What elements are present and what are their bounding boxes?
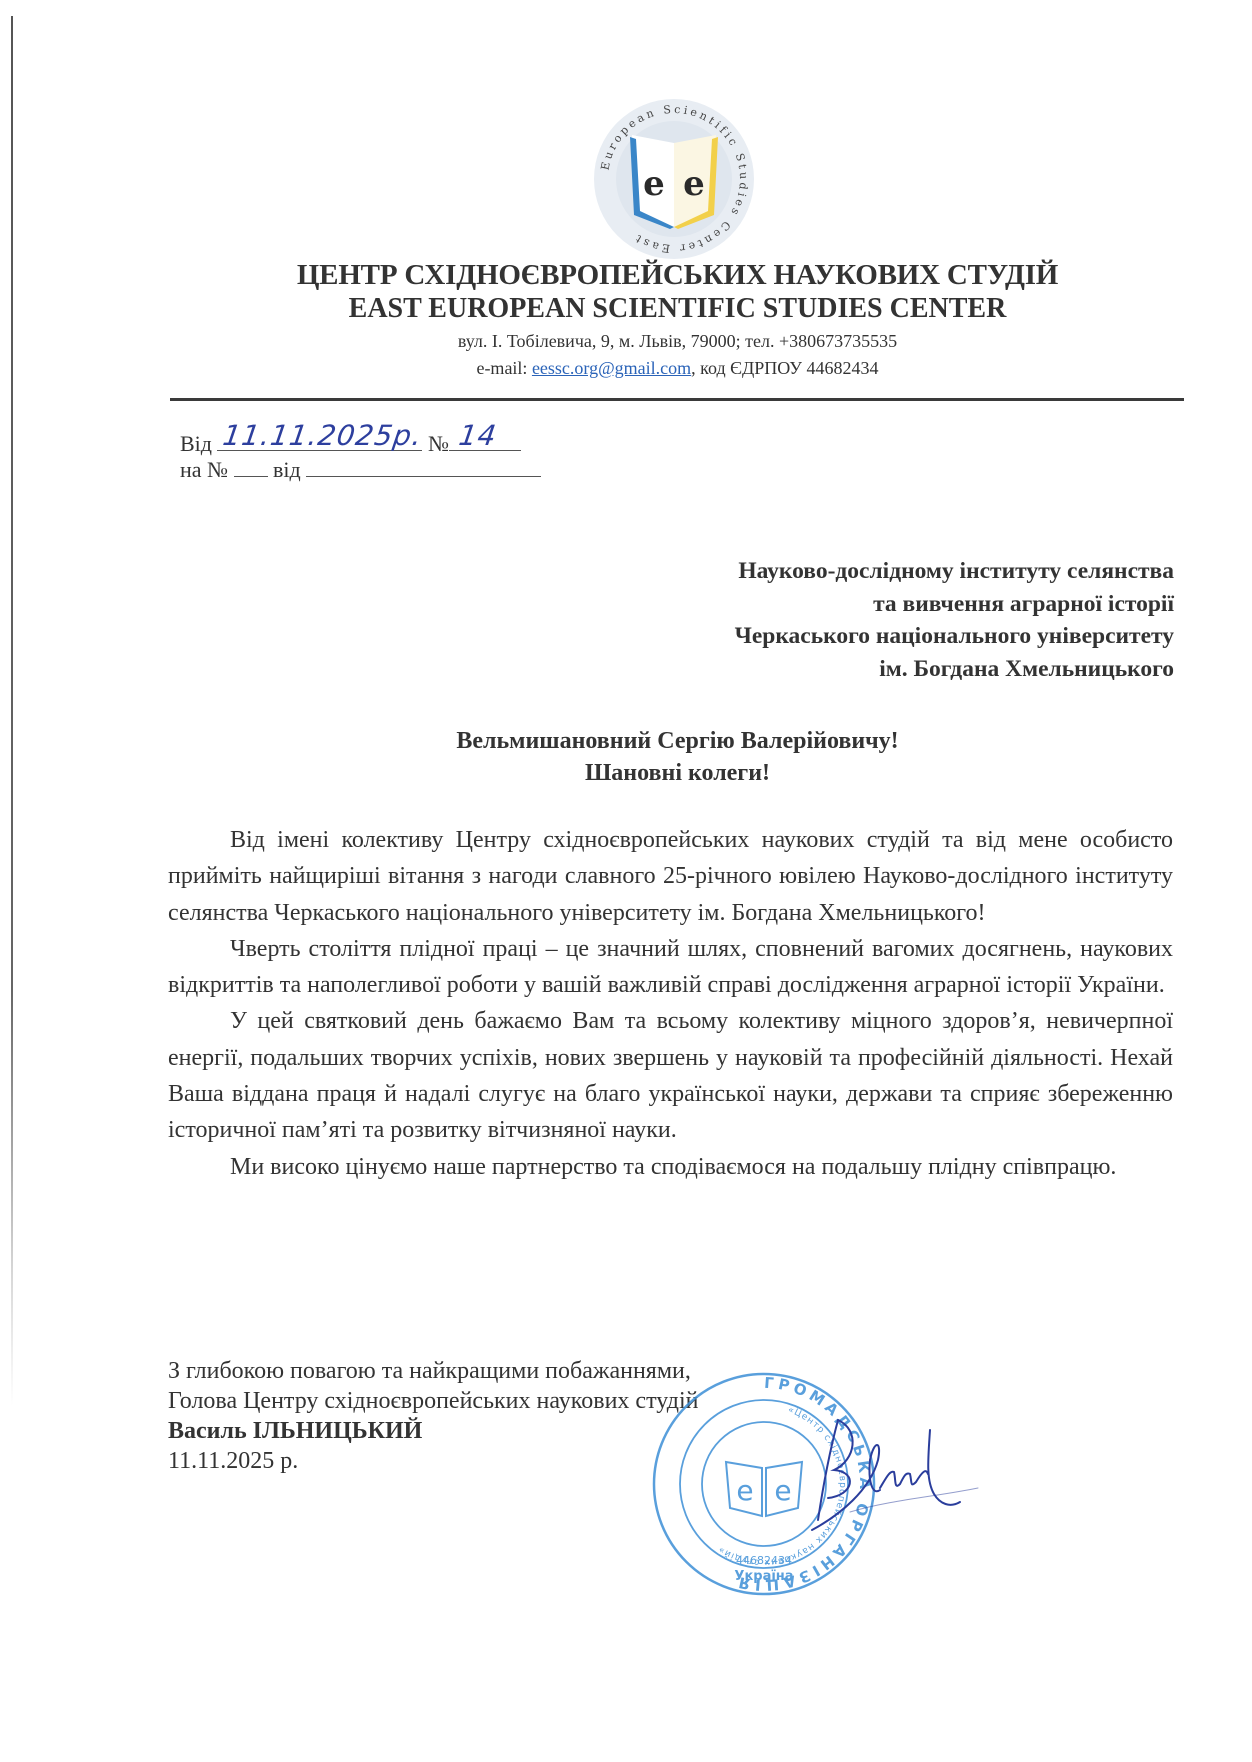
letterhead: ЦЕНТР СХІДНОЄВРОПЕЙСЬКИХ НАУКОВИХ СТУДІЙ…	[170, 258, 1185, 380]
email-link[interactable]: eessc.org@gmail.com	[532, 358, 691, 378]
reference-row-reply: на № від	[180, 456, 541, 482]
edrpou-code: , код ЄДРПОУ 44682434	[691, 358, 878, 378]
number-label: №	[428, 431, 449, 456]
body-paragraph: Чверть століття плідної праці – це значн…	[168, 931, 1173, 1004]
svg-text:e: e	[774, 1474, 791, 1507]
org-address: вул. І. Тобілевича, 9, м. Львів, 79000; …	[170, 329, 1185, 353]
reply-date-field	[306, 456, 541, 477]
handwritten-signature-icon	[810, 1400, 980, 1540]
outgoing-reference: Від 11.11.2025р. № 14 на № від	[180, 430, 541, 482]
date-field: 11.11.2025р.	[217, 430, 422, 451]
svg-text:e: e	[736, 1474, 753, 1507]
handwritten-number: 14	[457, 423, 498, 449]
body-paragraph: Від імені колективу Центру східноєвропей…	[168, 822, 1173, 931]
org-contacts: e-mail: eessc.org@gmail.com, код ЄДРПОУ …	[170, 356, 1185, 380]
reference-row-outgoing: Від 11.11.2025р. № 14	[180, 430, 541, 456]
handwritten-date: 11.11.2025р.	[222, 423, 425, 449]
svg-text:44682434: 44682434	[736, 1554, 792, 1567]
recipient-line: Черкаського національного університету	[735, 620, 1174, 653]
scan-edge-line	[11, 16, 13, 1406]
email-label: e-mail:	[476, 358, 531, 378]
body-paragraph: Ми високо цінуємо наше партнерство та сп…	[168, 1149, 1173, 1185]
organization-logo-icon: European Scientific Studies Center East …	[590, 95, 758, 263]
body-paragraph: У цей святковий день бажаємо Вам та всьо…	[168, 1003, 1173, 1148]
letterhead-divider	[170, 398, 1184, 401]
number-field: 14	[449, 430, 521, 451]
letter-body: Від імені колективу Центру східноєвропей…	[168, 822, 1173, 1185]
recipient-line: Науково-дослідному інституту селянства	[735, 555, 1174, 588]
closing-phrase: З глибокою повагою та найкращими побажан…	[168, 1356, 698, 1386]
svg-text:Україна: Україна	[734, 1569, 793, 1584]
from-label: Від	[180, 431, 212, 456]
org-name-ukrainian: ЦЕНТР СХІДНОЄВРОПЕЙСЬКИХ НАУКОВИХ СТУДІЙ	[170, 258, 1185, 292]
salutation-personal: Вельмишановний Сергію Валерійовичу!	[170, 725, 1185, 757]
svg-text:e: e	[683, 164, 705, 204]
recipient-block: Науково-дослідному інституту селянства т…	[735, 555, 1174, 685]
salutation: Вельмишановний Сергію Валерійовичу! Шано…	[170, 725, 1185, 789]
reply-from-label: від	[273, 457, 301, 482]
recipient-line: ім. Богдана Хмельницького	[735, 653, 1174, 686]
salutation-colleagues: Шановні колеги!	[170, 757, 1185, 789]
org-name-english: EAST EUROPEAN SCIENTIFIC STUDIES CENTER	[170, 292, 1185, 326]
signer-name: Василь ІЛЬНИЦЬКИЙ	[168, 1416, 698, 1446]
signing-date: 11.11.2025 р.	[168, 1446, 698, 1476]
closing-block: З глибокою повагою та найкращими побажан…	[168, 1356, 698, 1476]
recipient-line: та вивчення аграрної історії	[735, 588, 1174, 621]
svg-text:e: e	[643, 164, 665, 204]
reply-number-label: на №	[180, 457, 228, 482]
signer-title: Голова Центру східноєвропейських наукови…	[168, 1386, 698, 1416]
reply-number-field	[234, 456, 268, 477]
